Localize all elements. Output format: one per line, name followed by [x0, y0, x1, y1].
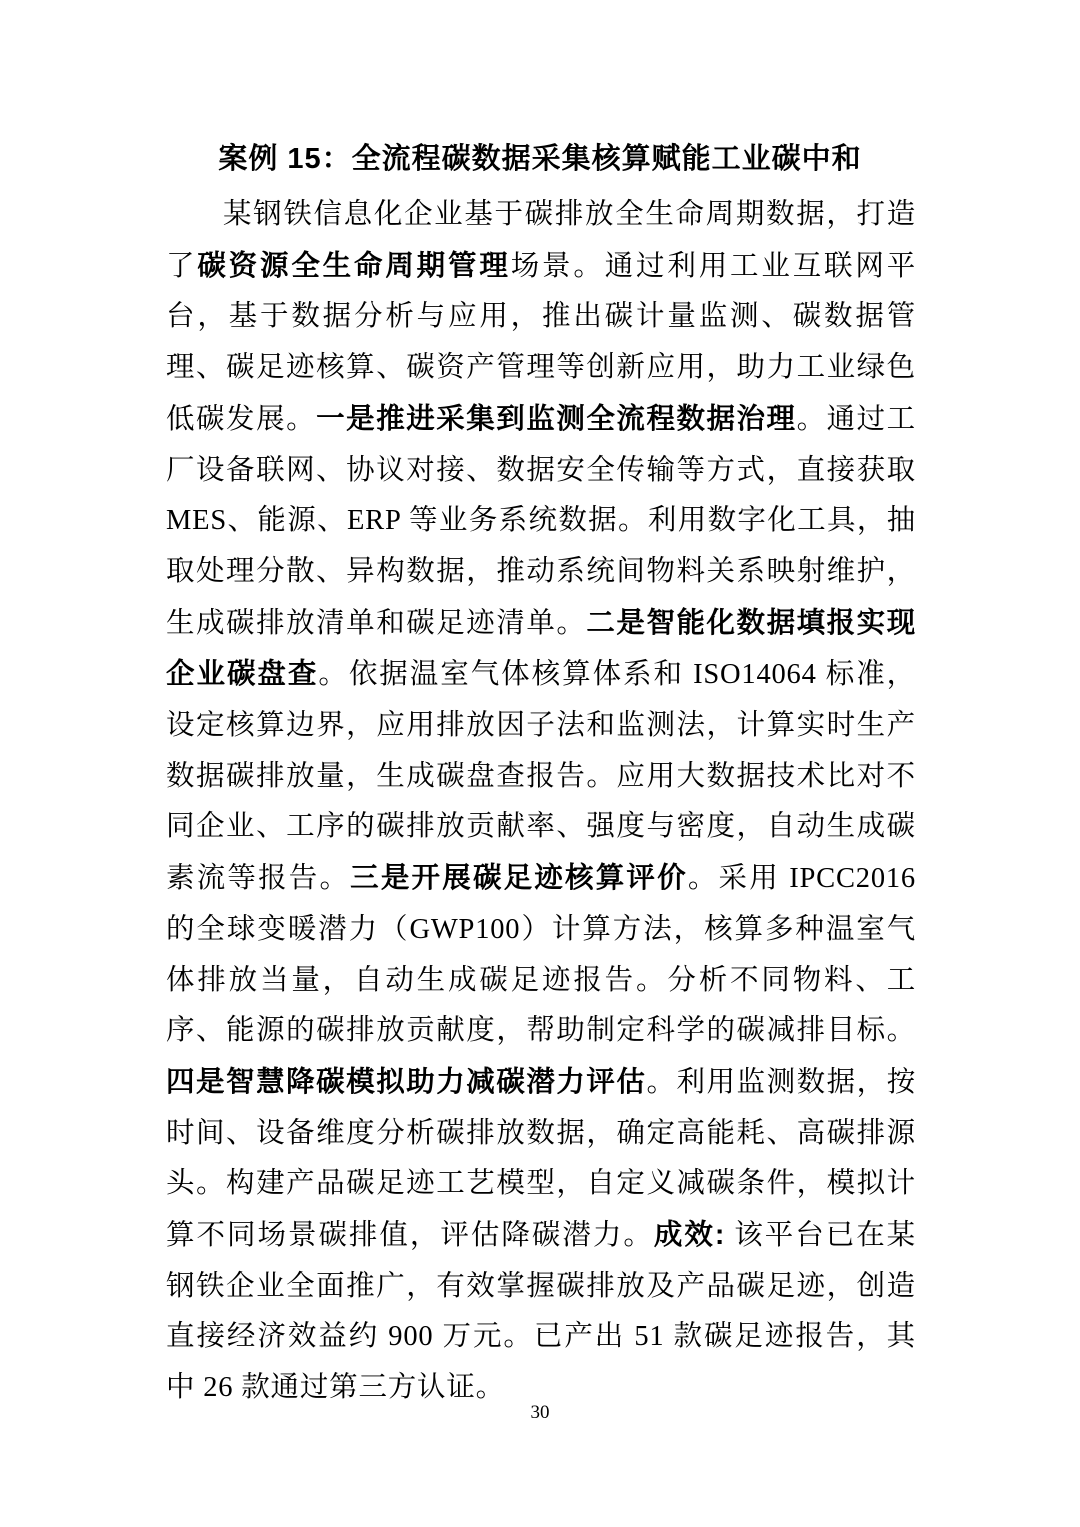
- text-run: 。通过工厂设备联网、协议对接、数据安全传输等方式，直接获取 MES、能源、ERP…: [166, 404, 916, 639]
- bold-text-run: 三是开展碳足迹核算评价: [350, 862, 688, 894]
- body-paragraph: 某钢铁信息化企业基于碳排放全生命周期数据，打造了碳资源全生命周期管理场景。通过利…: [166, 190, 916, 1414]
- page-title: 案例 15：全流程碳数据采集核算赋能工业碳中和: [0, 136, 1080, 177]
- text-run: 。依据温室气体核算体系和 ISO14064 标准，设定核算边界，应用排放因子法和…: [166, 659, 916, 894]
- bold-text-run: 四是智慧降碳模拟助力减碳潜力评估: [166, 1066, 646, 1098]
- bold-text-run: 一是推进采集到监测全流程数据治理: [316, 403, 796, 435]
- document-page: 案例 15：全流程碳数据采集核算赋能工业碳中和 某钢铁信息化企业基于碳排放全生命…: [0, 0, 1080, 1527]
- page-number: 30: [0, 1402, 1080, 1424]
- bold-text-run: 碳资源全生命周期管理: [197, 250, 510, 282]
- bold-text-run: 成效:: [654, 1219, 725, 1251]
